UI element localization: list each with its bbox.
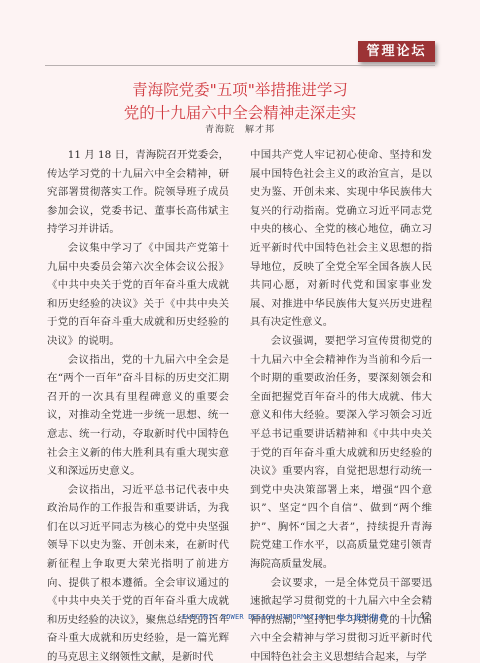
paragraph: 中国共产党人牢记初心使命、坚持和发展中国特色社会主义的政治宣言，是以史为鉴、开创…	[250, 146, 432, 332]
author-organization: 青海院	[205, 125, 235, 135]
page-number: 42	[419, 611, 430, 622]
paragraph: 会议集中学习了《中国共产党第十九届中央委员会第六次全体会议公报》《中共中央关于党…	[47, 239, 229, 351]
paragraph: 会议指出，习近平总书记代表中央政治局作的工作报告和重要讲话，为我们在以习近平同志…	[47, 481, 229, 663]
header-rule	[45, 65, 435, 66]
paragraph: 会议指出，党的十九届六中全会是在“两个一百年”奋斗目标的历史交汇期召开的一次具有…	[47, 351, 229, 481]
title-line-1: 青海院党委"五项"举措推进学习	[0, 79, 480, 102]
magazine-page: 管理论坛 青海院党委"五项"举措推进学习 党的十九届六中全会精神走深走实 青海院…	[0, 0, 480, 663]
left-column: 11 月 18 日，青海院召开党委会，传达学习党的十九届六中全会精神，研究部署贯…	[47, 146, 229, 663]
publication-name-en: ELECTRIC POWER DESIGN INFORMATION	[182, 613, 328, 621]
byline: 青海院解才邦	[0, 122, 480, 135]
article-title: 青海院党委"五项"举措推进学习 党的十九届六中全会精神走深走实	[0, 79, 480, 125]
author-name: 解才邦	[245, 125, 275, 135]
footer-divider	[411, 610, 412, 624]
page-footer: ELECTRIC POWER DESIGN INFORMATION 电力设计信息…	[0, 610, 480, 626]
paragraph: 11 月 18 日，青海院召开党委会，传达学习党的十九届六中全会精神，研究部署贯…	[47, 146, 229, 239]
publication-name-cn: 电力设计信息	[337, 612, 388, 623]
paragraph: 会议强调，要把学习宣传贯彻党的十九届六中全会精神作为当前和今后一个时期的重要政治…	[250, 332, 432, 574]
right-column: 中国共产党人牢记初心使命、坚持和发展中国特色社会主义的政治宣言，是以史为鉴、开创…	[250, 146, 432, 663]
section-badge: 管理论坛	[358, 41, 435, 62]
